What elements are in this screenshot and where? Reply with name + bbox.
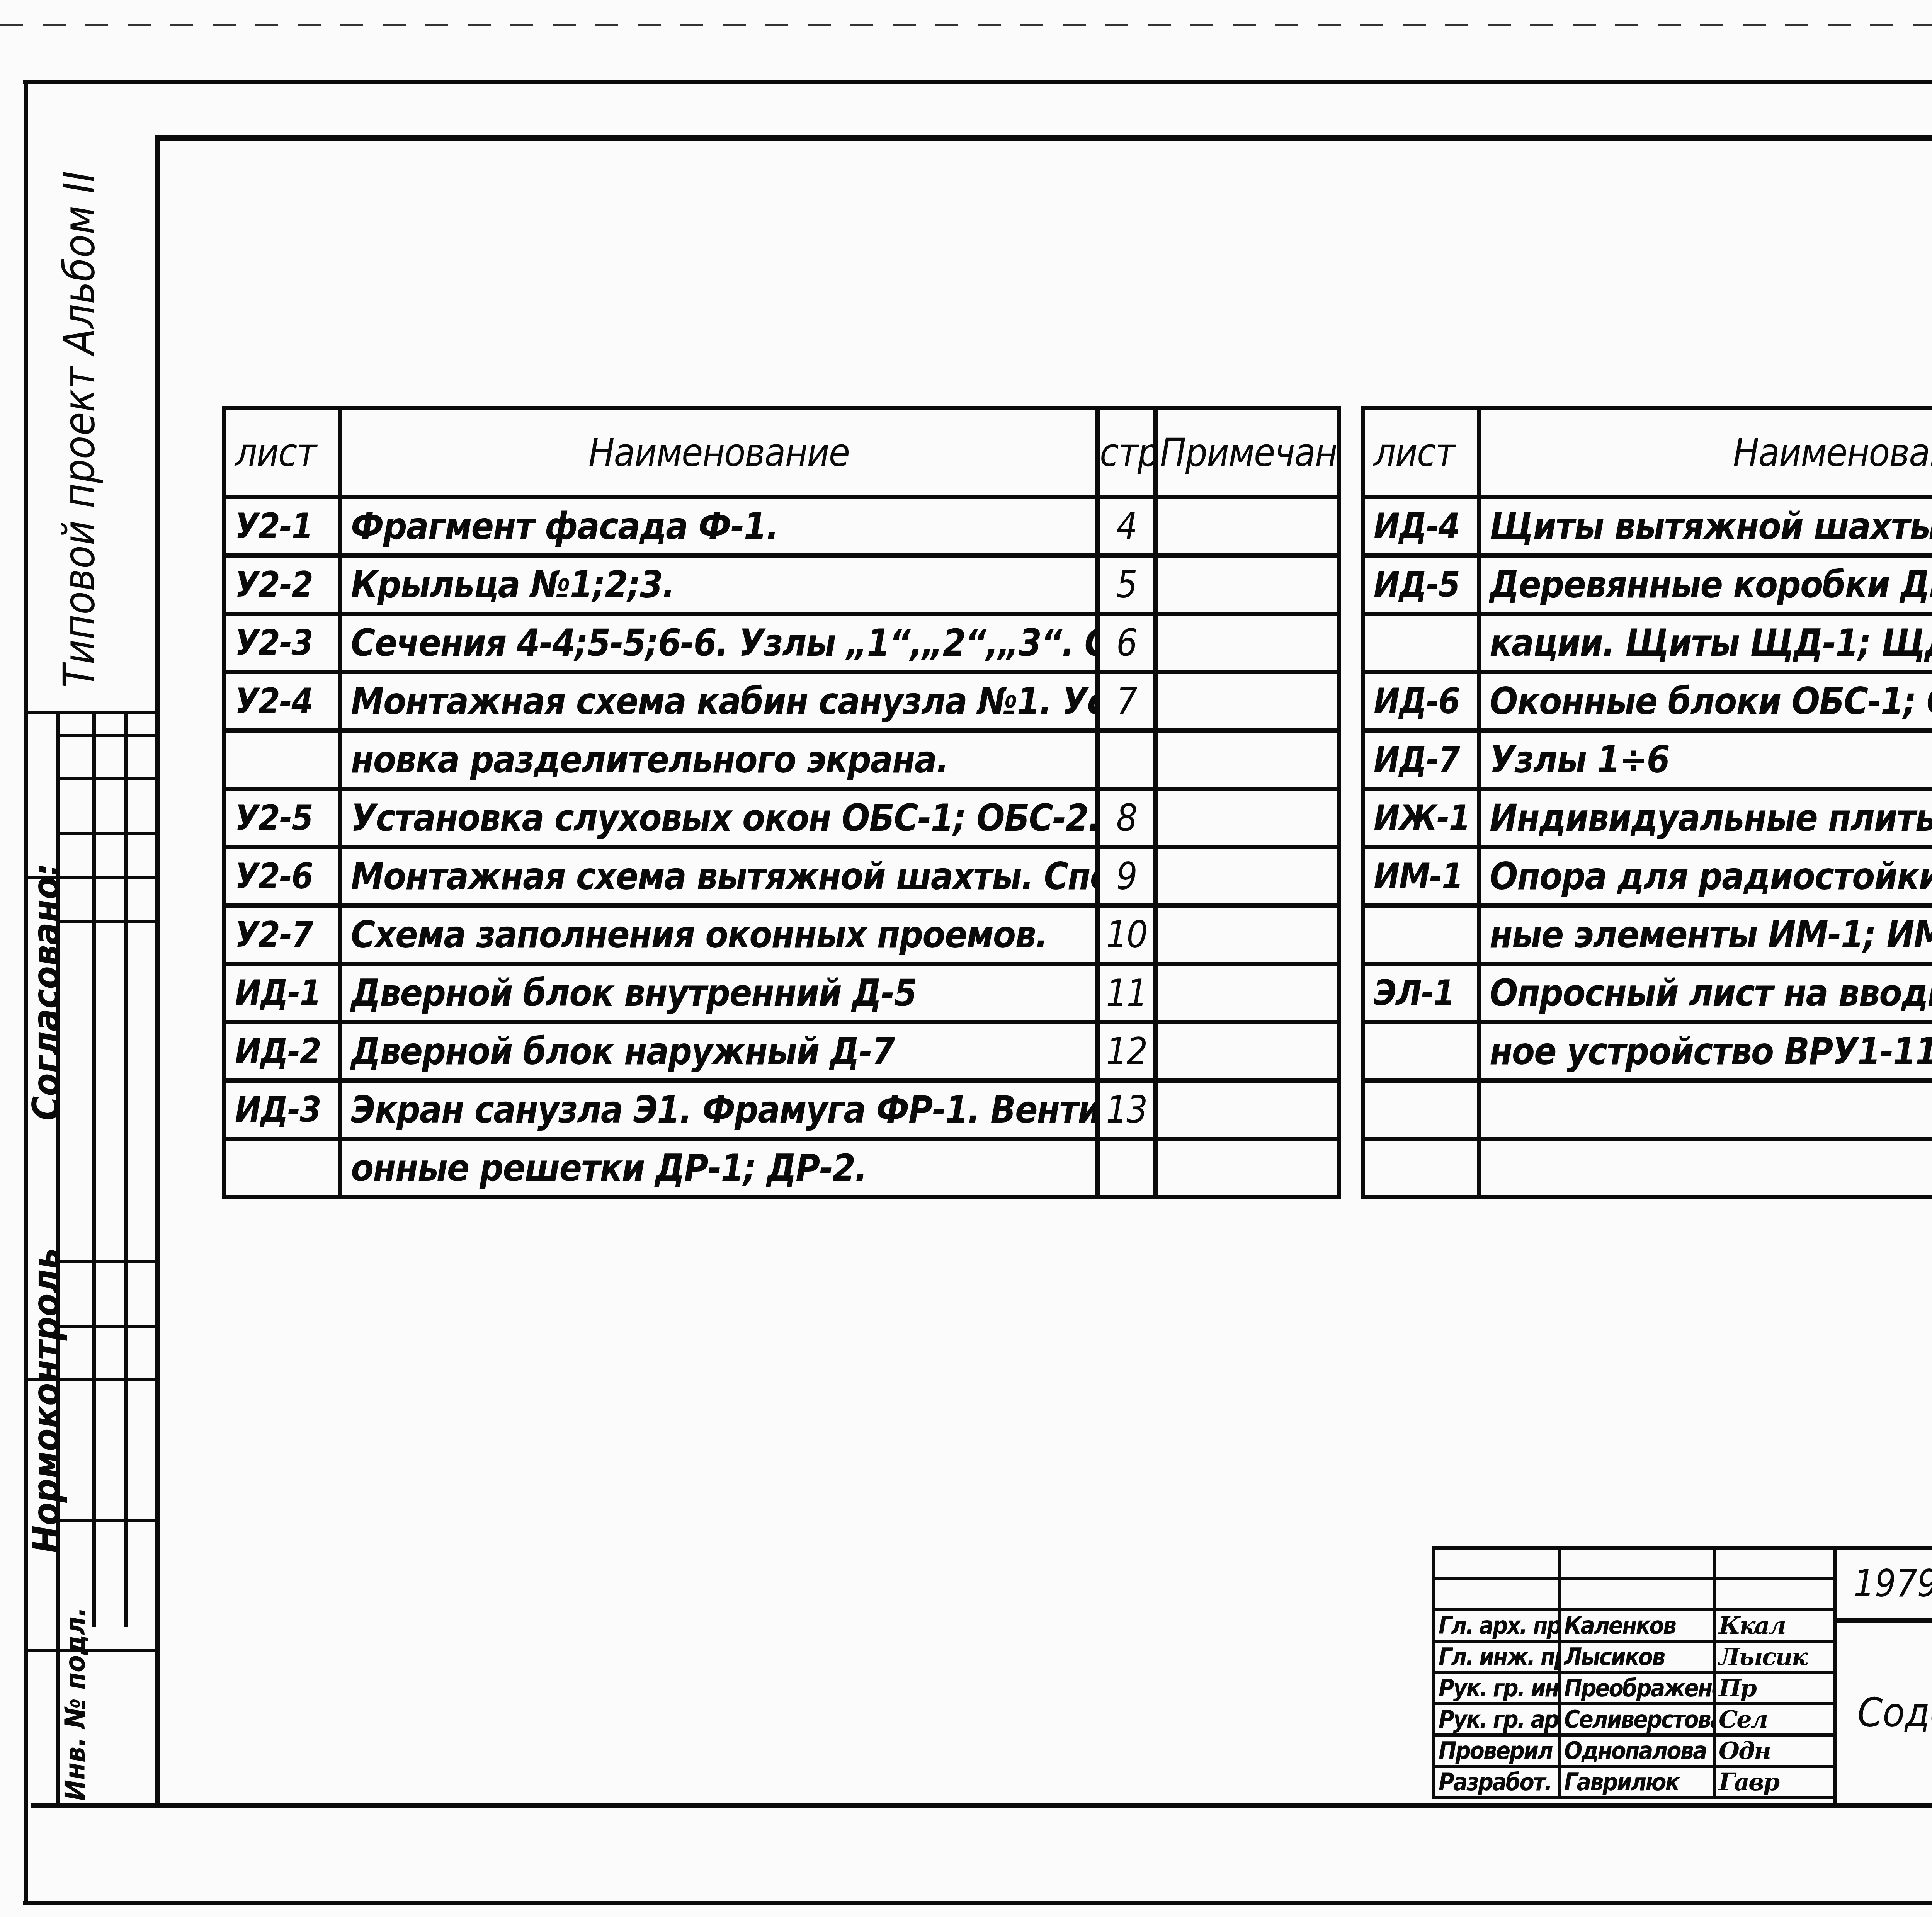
signatory-signature: Одн bbox=[1714, 1735, 1836, 1766]
contents-table-left: лист Наименование стр. Примечание У2-1Фр… bbox=[222, 406, 1341, 1199]
sheet-code: У2-5 bbox=[224, 789, 340, 847]
item-name: ные элементы ИМ-1; ИМ-2. Анкера А-1; А-2… bbox=[1479, 906, 1932, 964]
margin-col-c bbox=[124, 711, 128, 1627]
item-name: Сечения 4-4;5-5;6-6. Узлы „1“,„2“,„3“. С… bbox=[340, 614, 1098, 672]
page-number: 6 bbox=[1098, 614, 1156, 672]
table-row: ИД-4Щиты вытяжной шахты С1÷С5 и П-114 bbox=[1363, 497, 1932, 556]
sheet-code: ИД-3 bbox=[224, 1081, 340, 1139]
table-row: У2-4Монтажная схема кабин санузла №1. Ус… bbox=[224, 672, 1339, 731]
item-name: Установка слуховых окон ОБС-1; ОБС-2. bbox=[340, 789, 1098, 847]
tb-mid bbox=[1833, 1618, 1932, 1623]
item-name: кации. Щиты ЩД-1; ЩД-2; ЩД-3; ЩД-4. bbox=[1479, 614, 1932, 672]
page-number: 8 bbox=[1098, 789, 1156, 847]
table-row: У2-2Крыльца №1;2;3.5 bbox=[224, 556, 1339, 614]
sheet-code bbox=[1363, 614, 1479, 672]
paper-edge bbox=[0, 24, 1932, 26]
table-row: ИД-5Деревянные коробки ДК-1; ДК-2. Специ… bbox=[1363, 556, 1932, 614]
item-name: Деревянные коробки ДК-1; ДК-2. Специфи- bbox=[1479, 556, 1932, 614]
sheet-code: У2-3 bbox=[224, 614, 340, 672]
table-row: У2-3Сечения 4-4;5-5;6-6. Узлы „1“,„2“,„3… bbox=[224, 614, 1339, 672]
title-block: Гл. арх. пр.КаленковКкалГл. инж. пр.Лыси… bbox=[1432, 1546, 1932, 1805]
margin-project-album: Типовой проект Альбом II bbox=[58, 171, 100, 688]
margin-agreed: Согласовано: bbox=[28, 863, 65, 1121]
table-row: новка разделительного экрана. bbox=[224, 731, 1339, 789]
sheet-code bbox=[1363, 1081, 1479, 1139]
signatories-table: Гл. арх. пр.КаленковКкалГл. инж. пр.Лыси… bbox=[1432, 1546, 1837, 1799]
margin-divider-1 bbox=[24, 711, 159, 714]
item-name: Схема заполнения оконных проемов. bbox=[340, 906, 1098, 964]
table-row: ИД-1Дверной блок внутренний Д-511 bbox=[224, 964, 1339, 1022]
page-number: 10 bbox=[1098, 906, 1156, 964]
item-name: Узлы 1÷6 bbox=[1479, 731, 1932, 789]
table-row: ИМ-1Опора для радиостойки ОТ-1. Соединит… bbox=[1363, 847, 1932, 906]
margin-col-b bbox=[92, 711, 96, 1627]
sheet-code bbox=[1363, 906, 1479, 964]
tb-col-year bbox=[1833, 1546, 1837, 1805]
sheet-code bbox=[224, 731, 340, 789]
item-name: Опросный лист на вводно-распределитель- bbox=[1479, 964, 1932, 1022]
page-number: 7 bbox=[1098, 672, 1156, 731]
signatory-signature: Лысик bbox=[1714, 1641, 1836, 1672]
item-name: Монтажная схема кабин санузла №1. Уста- bbox=[340, 672, 1098, 731]
signatory-name: Лысиков bbox=[1560, 1641, 1714, 1672]
header-name: Наименование bbox=[1479, 408, 1932, 497]
margin-row-7 bbox=[56, 1325, 159, 1328]
sheet-code: ИД-2 bbox=[224, 1022, 340, 1081]
signatory-role bbox=[1434, 1579, 1560, 1610]
sheet-code bbox=[224, 1139, 340, 1197]
sheet-code: У2-7 bbox=[224, 906, 340, 964]
table-row: ИД-3Экран санузла Э1. Фрамуга ФР-1. Вент… bbox=[224, 1081, 1339, 1139]
sheet-code: ИД-5 bbox=[1363, 556, 1479, 614]
item-name: Оконные блоки ОБС-1; ОБС-2. Спецификация bbox=[1479, 672, 1932, 731]
note bbox=[1156, 1081, 1339, 1139]
item-name: Опора для радиостойки ОТ-1. Соединитель- bbox=[1479, 847, 1932, 906]
signatory-role: Разработ. bbox=[1434, 1766, 1560, 1798]
sheet-code: ИД-6 bbox=[1363, 672, 1479, 731]
page-number: 11 bbox=[1098, 964, 1156, 1022]
table-row: ные элементы ИМ-1; ИМ-2. Анкера А-1; А-2… bbox=[1363, 906, 1932, 964]
signatory-role: Гл. арх. пр. bbox=[1434, 1610, 1560, 1641]
sheet-code: ЭЛ-1 bbox=[1363, 964, 1479, 1022]
note bbox=[1156, 1139, 1339, 1197]
signatory-signature: Ккал bbox=[1714, 1610, 1836, 1641]
margin-row-6 bbox=[56, 1260, 159, 1263]
signatory-row: Гл. арх. пр.КаленковКкал bbox=[1434, 1610, 1836, 1641]
table-row: ИЖ-1Индивидуальные плиты ПИ-1; ПИ-2.18 bbox=[1363, 789, 1932, 847]
table-row: ЭЛ-1Опросный лист на вводно-распределите… bbox=[1363, 964, 1932, 1022]
margin-row-5 bbox=[56, 920, 159, 923]
signatory-role: Рук. гр. арх. bbox=[1434, 1704, 1560, 1735]
table-row: ИД-6Оконные блоки ОБС-1; ОБС-2. Специфик… bbox=[1363, 672, 1932, 731]
signatory-signature bbox=[1714, 1579, 1836, 1610]
header-note: Примечание bbox=[1156, 408, 1339, 497]
signatory-row: ПроверилОднопаловаОдн bbox=[1434, 1735, 1836, 1766]
table-row bbox=[1363, 1139, 1932, 1197]
tb-sheet-title: Содержание альбома bbox=[1857, 1692, 1932, 1733]
page-number: 5 bbox=[1098, 556, 1156, 614]
item-name: Фрагмент фасада Ф-1. bbox=[340, 497, 1098, 556]
signatory-name: Каленков bbox=[1560, 1610, 1714, 1641]
note bbox=[1156, 964, 1339, 1022]
table-row: кации. Щиты ЩД-1; ЩД-2; ЩД-3; ЩД-4. bbox=[1363, 614, 1932, 672]
sheet-code bbox=[1363, 1139, 1479, 1197]
signatory-role: Рук. гр. инж. bbox=[1434, 1672, 1560, 1704]
frame-top bbox=[155, 135, 1932, 141]
signatory-role: Проверил bbox=[1434, 1735, 1560, 1766]
table-header-row: лист Наименование стр. Примечание bbox=[224, 408, 1339, 497]
signatory-name bbox=[1560, 1579, 1714, 1610]
note bbox=[1156, 672, 1339, 731]
tb-top bbox=[1432, 1546, 1932, 1550]
note bbox=[1156, 789, 1339, 847]
signatory-name: Преображенский bbox=[1560, 1672, 1714, 1704]
note bbox=[1156, 847, 1339, 906]
item-name: Индивидуальные плиты ПИ-1; ПИ-2. bbox=[1479, 789, 1932, 847]
signatory-row bbox=[1434, 1579, 1836, 1610]
sheet-code: ИД-1 bbox=[224, 964, 340, 1022]
margin-row-10 bbox=[24, 1649, 159, 1652]
table-row: ИД-7Узлы 1÷617 bbox=[1363, 731, 1932, 789]
margin-norm-control: Нормоконтроль bbox=[28, 1248, 65, 1553]
margin-row-2 bbox=[56, 777, 159, 780]
signatory-row: Гл. инж. пр.ЛысиковЛысик bbox=[1434, 1641, 1836, 1672]
sheet-code bbox=[1363, 1022, 1479, 1081]
header-page: стр. bbox=[1098, 408, 1156, 497]
signatory-row: Рук. гр. арх.СеливерстоваСел bbox=[1434, 1704, 1836, 1735]
table-row: ное устройство ВРУ1-11; ВРУ1-41. bbox=[1363, 1022, 1932, 1081]
item-name bbox=[1479, 1139, 1932, 1197]
header-name: Наименование bbox=[340, 408, 1098, 497]
page-number bbox=[1098, 731, 1156, 789]
signatory-role bbox=[1434, 1547, 1560, 1579]
sheet-code: ИМ-1 bbox=[1363, 847, 1479, 906]
margin-row-3 bbox=[56, 832, 159, 835]
sheet-code: ИД-7 bbox=[1363, 731, 1479, 789]
signatory-role: Гл. инж. пр. bbox=[1434, 1641, 1560, 1672]
tb-year: 1979 bbox=[1854, 1565, 1932, 1602]
item-name: Монтажная схема вытяжной шахты. Специфик… bbox=[340, 847, 1098, 906]
signatory-name bbox=[1560, 1547, 1714, 1579]
signatory-signature bbox=[1714, 1547, 1836, 1579]
frame-left bbox=[155, 135, 160, 1808]
item-name bbox=[1479, 1081, 1932, 1139]
table-header-row: лист Наименование стр. Примечание bbox=[1363, 408, 1932, 497]
header-sheet: лист bbox=[224, 408, 340, 497]
table-row: У2-7Схема заполнения оконных проемов.10 bbox=[224, 906, 1339, 964]
item-name: ное устройство ВРУ1-11; ВРУ1-41. bbox=[1479, 1022, 1932, 1081]
signatory-name: Селиверстова bbox=[1560, 1704, 1714, 1735]
page-number: 4 bbox=[1098, 497, 1156, 556]
item-name: Щиты вытяжной шахты С1÷С5 и П-1 bbox=[1479, 497, 1932, 556]
item-name: онные решетки ДР-1; ДР-2. bbox=[340, 1139, 1098, 1197]
note bbox=[1156, 614, 1339, 672]
page-number: 9 bbox=[1098, 847, 1156, 906]
item-name: Дверной блок наружный Д-7 bbox=[340, 1022, 1098, 1081]
item-name: Дверной блок внутренний Д-5 bbox=[340, 964, 1098, 1022]
signatory-row: Рук. гр. инж.ПреображенскийПр bbox=[1434, 1672, 1836, 1704]
sheet-code: ИД-4 bbox=[1363, 497, 1479, 556]
outer-frame-top bbox=[23, 80, 1932, 84]
sheet-code: У2-2 bbox=[224, 556, 340, 614]
signatory-name: Гаврилюк bbox=[1560, 1766, 1714, 1798]
note bbox=[1156, 497, 1339, 556]
sheet-code: ИЖ-1 bbox=[1363, 789, 1479, 847]
table-row bbox=[1363, 1081, 1932, 1139]
signatory-row: Разработ.ГаврилюкГавр bbox=[1434, 1766, 1836, 1798]
table-row: У2-5Установка слуховых окон ОБС-1; ОБС-2… bbox=[224, 789, 1339, 847]
contents-table-right: лист Наименование стр. Примечание ИД-4Щи… bbox=[1361, 406, 1932, 1199]
margin-row-9 bbox=[56, 1519, 159, 1522]
table-row: У2-1Фрагмент фасада Ф-1.4 bbox=[224, 497, 1339, 556]
page-number: 13 bbox=[1098, 1081, 1156, 1139]
table-row: ИД-2Дверной блок наружный Д-712 bbox=[224, 1022, 1339, 1081]
margin-inventory-no: Инв. № подл. bbox=[61, 1607, 89, 1801]
margin-row-1 bbox=[56, 734, 159, 737]
signatory-row bbox=[1434, 1547, 1836, 1579]
page-number: 12 bbox=[1098, 1022, 1156, 1081]
signatory-signature: Пр bbox=[1714, 1672, 1836, 1704]
page-number bbox=[1098, 1139, 1156, 1197]
sheet-code: У2-1 bbox=[224, 497, 340, 556]
note bbox=[1156, 1022, 1339, 1081]
note bbox=[1156, 556, 1339, 614]
table-row: У2-6Монтажная схема вытяжной шахты. Спец… bbox=[224, 847, 1339, 906]
signatory-signature: Сел bbox=[1714, 1704, 1836, 1735]
item-name: Экран санузла Э1. Фрамуга ФР-1. Вентиляц… bbox=[340, 1081, 1098, 1139]
outer-frame-bottom bbox=[23, 1901, 1932, 1905]
sheet-code: У2-6 bbox=[224, 847, 340, 906]
header-sheet: лист bbox=[1363, 408, 1479, 497]
item-name: новка разделительного экрана. bbox=[340, 731, 1098, 789]
item-name: Крыльца №1;2;3. bbox=[340, 556, 1098, 614]
signatory-signature: Гавр bbox=[1714, 1766, 1836, 1798]
note bbox=[1156, 906, 1339, 964]
signatory-name: Однопалова bbox=[1560, 1735, 1714, 1766]
table-row: онные решетки ДР-1; ДР-2. bbox=[224, 1139, 1339, 1197]
sheet-code: У2-4 bbox=[224, 672, 340, 731]
note bbox=[1156, 731, 1339, 789]
